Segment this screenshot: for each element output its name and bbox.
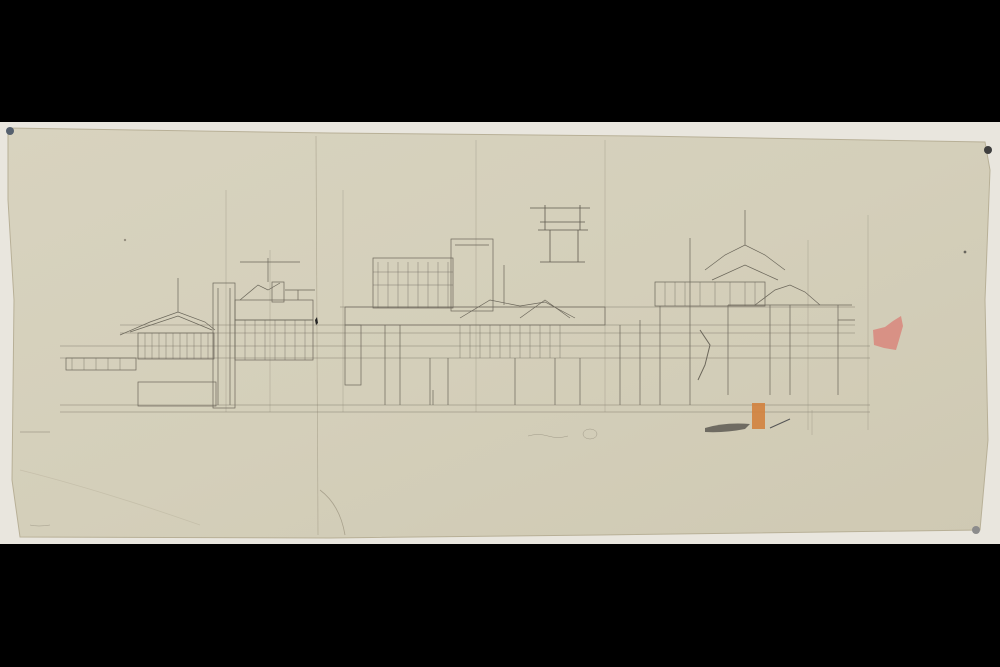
pin-top-left-icon <box>6 127 14 135</box>
drawing-mount: Architectural elevation drawing <box>0 122 1000 544</box>
orange-color-swatch <box>752 403 765 429</box>
drawing-sheet <box>0 122 1000 544</box>
pin-top-right-icon <box>984 146 992 154</box>
bottom-black-band <box>0 544 1000 667</box>
top-black-band <box>0 0 1000 122</box>
pin-bottom-right-icon <box>972 526 980 534</box>
